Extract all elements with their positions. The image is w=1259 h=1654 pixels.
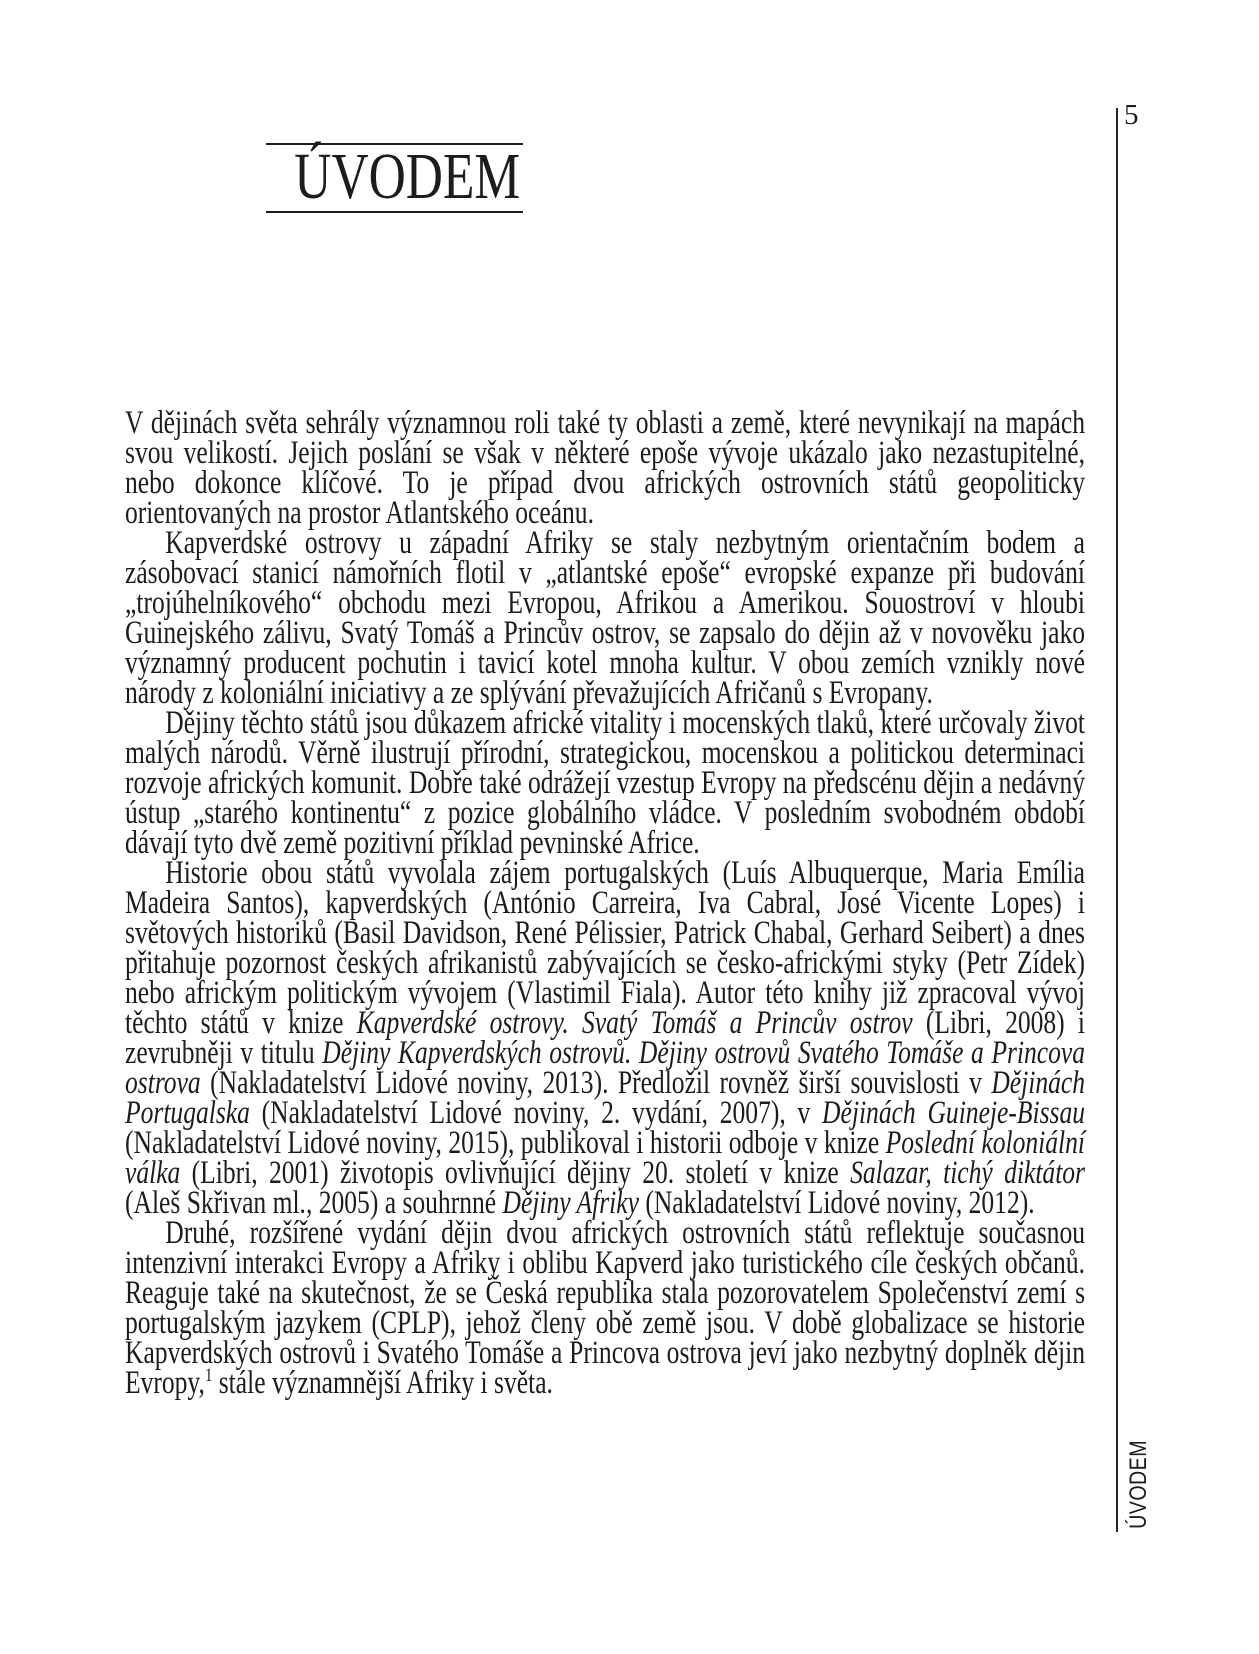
page-number: 5 (1124, 101, 1139, 130)
book-page: 5 ÚVODEM V dějinách světa sehrály význam… (0, 0, 1259, 1654)
paragraph-5: Druhé, rozšířené vydání dějin dvou afric… (125, 1218, 1085, 1398)
body-text: V dějinách světa sehrály významnou roli … (125, 408, 1085, 1398)
paragraph-2: Kapverdské ostrovy u západní Afriky se s… (125, 528, 1085, 708)
text-run: stále významnější Afriky i světa. (212, 1365, 553, 1401)
footnote-marker: 1 (205, 1365, 212, 1386)
paragraph-1: V dějinách světa sehrály významnou roli … (125, 408, 1085, 528)
chapter-title: ÚVODEM (294, 145, 494, 209)
margin-rule (1116, 108, 1118, 1532)
text-run: V dějinách světa sehrály významnou roli … (125, 405, 1085, 531)
paragraph-3: Dějiny těchto států jsou důkazem africké… (125, 708, 1085, 858)
text-run: Kapverdské ostrovy u západní Afriky se s… (125, 525, 1085, 711)
running-footer-vertical: ÚVODEM (1124, 1445, 1154, 1529)
paragraph-4: Historie obou států vyvolala zájem portu… (125, 858, 1085, 1218)
text-run: Dějiny těchto států jsou důkazem africké… (125, 705, 1085, 861)
chapter-title-block: ÚVODEM (266, 143, 523, 213)
